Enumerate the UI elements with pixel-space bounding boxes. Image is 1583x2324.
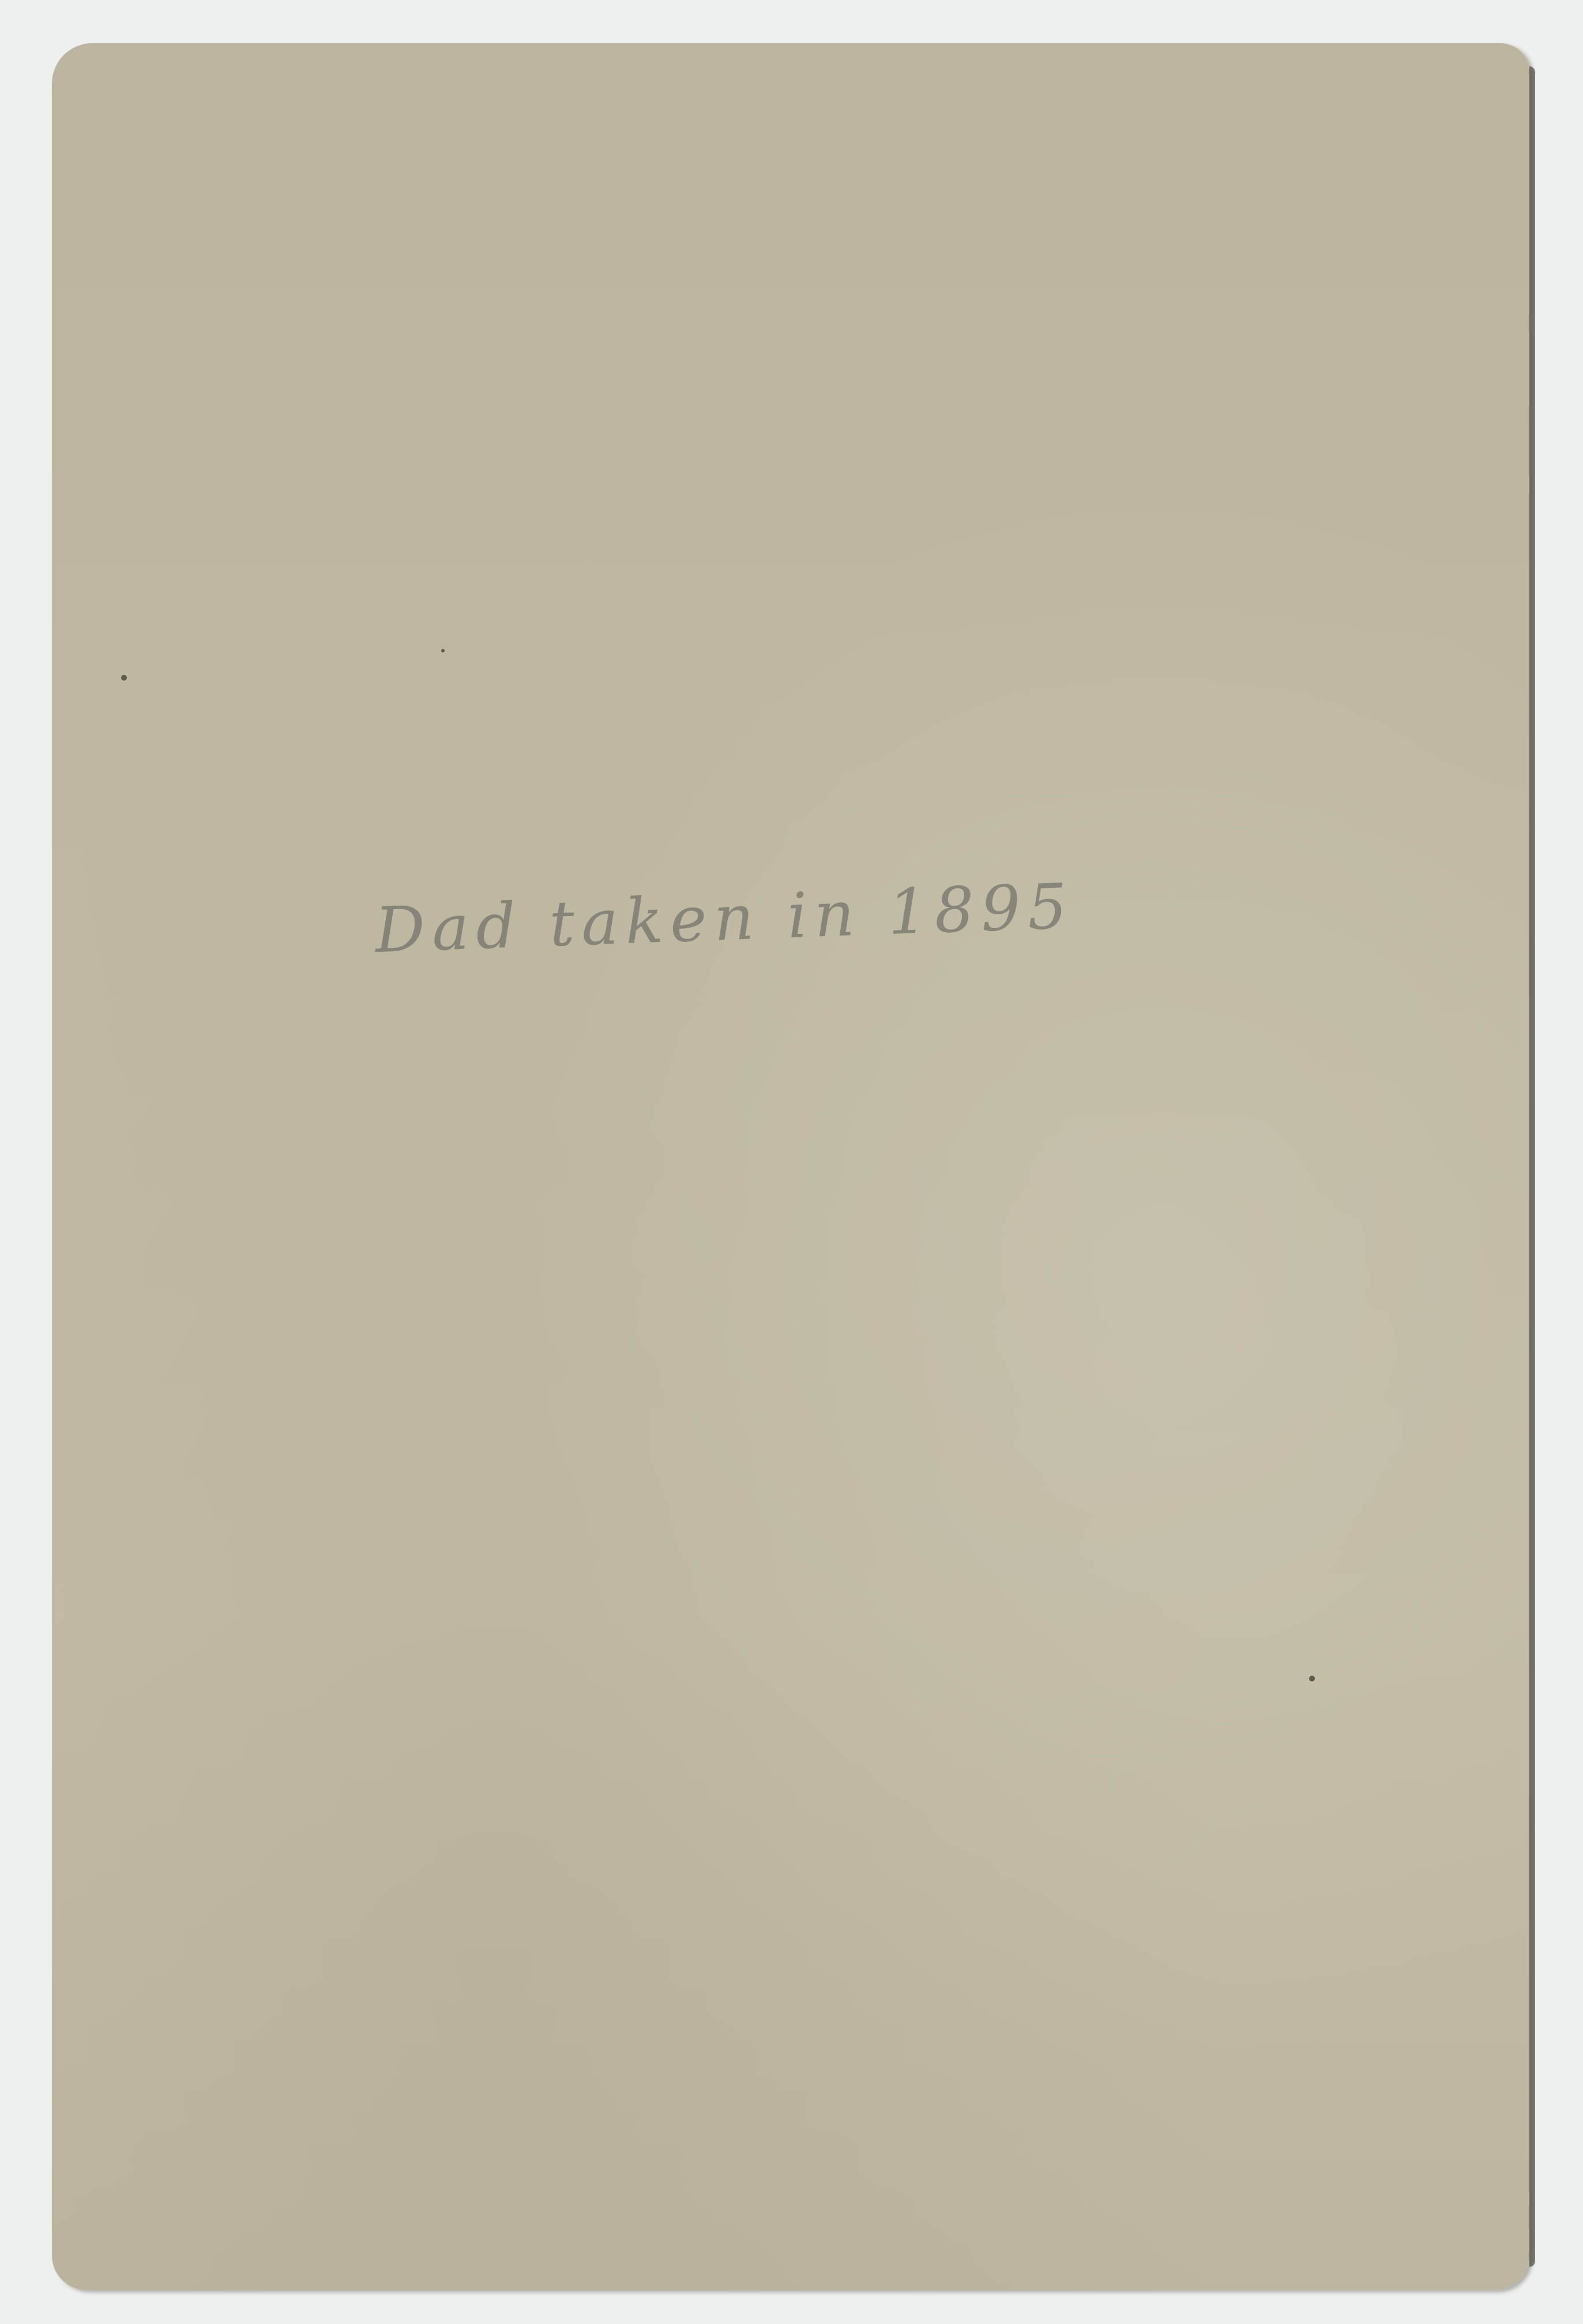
card-edge-shadow	[1529, 66, 1535, 2267]
handwritten-inscription: Dad taken in 1895	[374, 870, 1075, 967]
paper-spot	[1309, 1676, 1315, 1681]
paper-spot	[441, 649, 445, 652]
paper-spot	[121, 675, 127, 681]
photo-card-back: Dad taken in 1895	[52, 43, 1529, 2290]
